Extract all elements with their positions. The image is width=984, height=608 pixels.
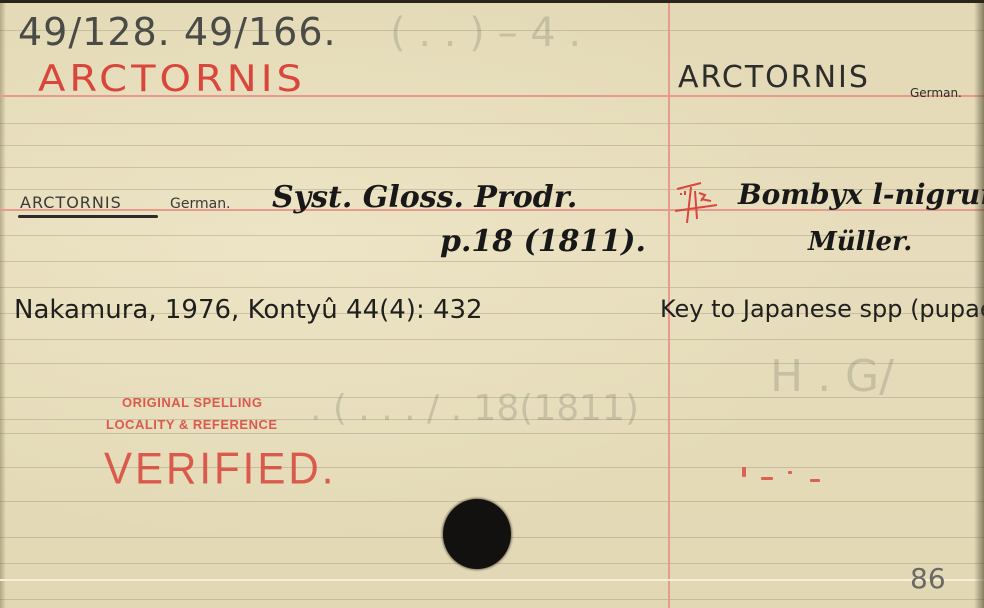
card-crease	[0, 579, 984, 581]
ruled-line	[0, 287, 984, 288]
stamp-line-2: LOCALITY & REFERENCE	[106, 417, 278, 432]
stamp-fragment	[810, 479, 820, 482]
erased-pencil-text: H . G/	[770, 355, 894, 399]
header-numbers: 49/128. 49/166.	[18, 13, 337, 51]
ruled-line	[0, 599, 984, 600]
citation-comment: Key to Japanese spp (pupae)	[660, 297, 984, 321]
entry-author: German.	[170, 197, 231, 211]
genus-underline	[18, 215, 158, 218]
erased-pencil-text: ( . . ) – 4 .	[390, 13, 581, 53]
stamp-fragment	[742, 467, 746, 477]
ruled-line	[0, 145, 984, 146]
type-species-author: Müller.	[808, 229, 912, 255]
erased-pencil-text: . ( . . . / . 18(1811)	[310, 391, 639, 427]
citation-note: Nakamura, 1976, Kontyû 44(4): 432	[14, 297, 483, 323]
right-author: German.	[910, 87, 962, 99]
ruled-line	[0, 261, 984, 262]
right-genus-heading: ARCTORNIS	[678, 63, 870, 93]
ruled-line	[0, 433, 984, 434]
punch-hole	[443, 499, 511, 569]
index-card: ( . . ) – 4 . . ( . . . / . 18(1811) H .…	[0, 0, 984, 608]
stamp-line-1: ORIGINAL SPELLING	[122, 395, 262, 410]
reference-line-2: p.18 (1811).	[440, 227, 646, 257]
reference-line-1: Syst. Gloss. Prodr.	[272, 183, 577, 213]
ruled-line	[0, 339, 984, 340]
stamp-verified: VERIFIED.	[104, 444, 336, 494]
genus-heading: ARCTORNIS	[38, 61, 306, 98]
entry-genus: ARCTORNIS	[20, 195, 122, 211]
type-species-name: Bombyx l-nigrum	[738, 181, 984, 209]
card-number: 86	[910, 565, 946, 593]
ruled-line	[0, 167, 984, 168]
stamp-fragment	[761, 477, 773, 480]
type-mark-icon	[671, 181, 721, 231]
ruled-line	[0, 123, 984, 124]
stamp-fragment	[788, 471, 792, 474]
